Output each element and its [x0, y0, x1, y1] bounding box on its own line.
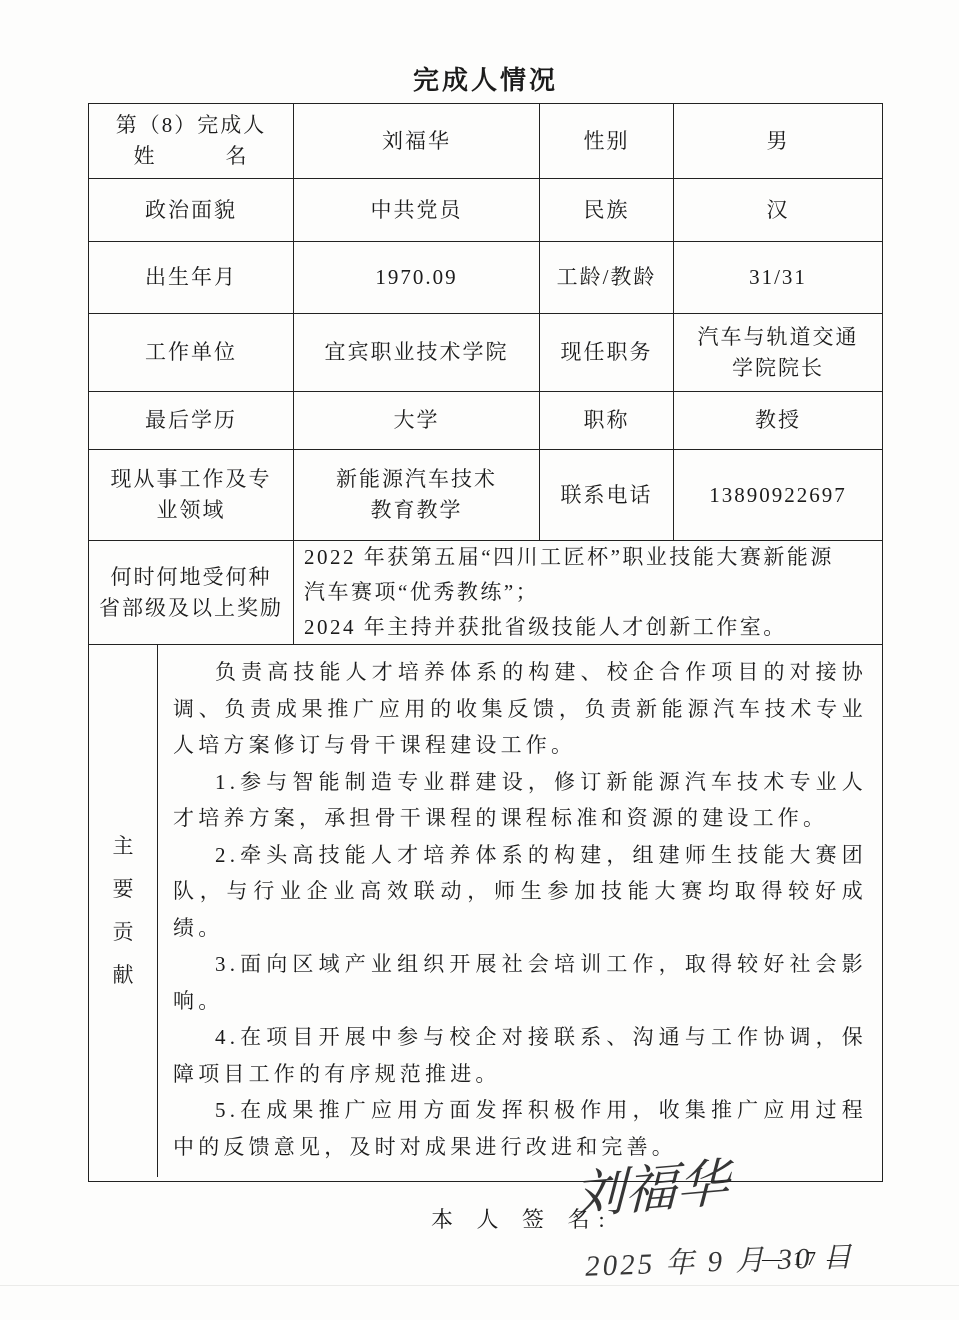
label-work-unit: 工作单位 [89, 313, 293, 391]
value-current-field: 新能源汽车技术 教育教学 [293, 449, 539, 540]
value-phone: 13890922697 [673, 449, 882, 540]
value-work-unit: 宜宾职业技术学院 [293, 313, 539, 391]
label-political-status: 政治面貌 [89, 178, 293, 241]
value-ethnicity: 汉 [673, 178, 882, 241]
signature-handwriting: 刘福华 [573, 1140, 730, 1229]
signature-area: 本 人 签 名: 刘福华 2025 年 9 月 30 日 [173, 1165, 867, 1290]
label-work-years: 工龄/教龄 [539, 241, 673, 313]
value-awards: 2022 年获第五届“四川工匠杯”职业技能大赛新能源 汽车赛项“优秀教练”； 2… [293, 540, 882, 644]
label-ethnicity: 民族 [539, 178, 673, 241]
scan-artifact-line [0, 1285, 959, 1286]
info-grid: 第（8）完成人 姓 名 刘福华 性别 男 政治面貌 中共党员 民族 汉 出生年月… [89, 104, 882, 644]
scanned-document-page: 完成人情况 第（8）完成人 姓 名 刘福华 性别 男 政治面貌 中共党员 民族 … [0, 0, 959, 1320]
label-awards: 何时何地受何种 省部级及以上奖励 [89, 540, 293, 644]
value-current-position: 汽车与轨道交通 学院院长 [673, 313, 882, 391]
contributions-content: 负责高技能人才培养体系的构建、校企合作项目的对接协调、负责成果推广应用的收集反馈… [157, 645, 882, 1177]
label-completer-name: 第（8）完成人 姓 名 [89, 104, 293, 178]
value-gender: 男 [673, 104, 882, 178]
label-current-field: 现从事工作及专 业领域 [89, 449, 293, 540]
label-phone: 联系电话 [539, 449, 673, 540]
value-title: 教授 [673, 391, 882, 449]
contribution-paragraph: 4.在项目开展中参与校企对接联系、沟通与工作协调，保障项目工作的有序规范推进。 [173, 1019, 867, 1092]
value-political-status: 中共党员 [293, 178, 539, 241]
main-contributions-vertical-text: 主要贡献 [111, 825, 135, 997]
label-title: 职称 [539, 391, 673, 449]
label-education: 最后学历 [89, 391, 293, 449]
completer-info-table: 第（8）完成人 姓 名 刘福华 性别 男 政治面貌 中共党员 民族 汉 出生年月… [88, 103, 883, 1182]
value-completer-name: 刘福华 [293, 104, 539, 178]
contribution-paragraph: 1.参与智能制造专业群建设，修订新能源汽车技术专业人才培养方案，承担骨干课程的课… [173, 764, 867, 837]
label-birth-date: 出生年月 [89, 241, 293, 313]
label-gender: 性别 [539, 104, 673, 178]
contribution-paragraph: 负责高技能人才培养体系的构建、校企合作项目的对接协调、负责成果推广应用的收集反馈… [173, 654, 867, 764]
value-work-years: 31/31 [673, 241, 882, 313]
label-main-contributions: 主要贡献 [89, 645, 157, 1177]
contribution-paragraph: 3.面向区域产业组织开展社会培训工作，取得较好社会影响。 [173, 946, 867, 1019]
contribution-paragraph: 2.牵头高技能人才培养体系的构建，组建师生技能大赛团队，与行业企业高效联动，师生… [173, 837, 867, 947]
page-title: 完成人情况 [88, 60, 883, 97]
value-education: 大学 [293, 391, 539, 449]
page-number: — 17 — [762, 1248, 850, 1271]
contribution-paragraph: 5.在成果推广应用方面发挥积极作用，收集推广应用过程中的反馈意见，及时对成果进行… [173, 1092, 867, 1165]
contributions-row: 主要贡献 负责高技能人才培养体系的构建、校企合作项目的对接协调、负责成果推广应用… [89, 644, 882, 1177]
value-birth-date: 1970.09 [293, 241, 539, 313]
label-current-position: 现任职务 [539, 313, 673, 391]
